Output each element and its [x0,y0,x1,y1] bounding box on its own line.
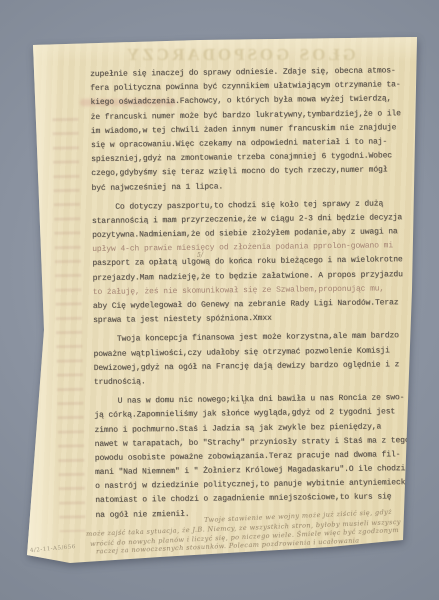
paragraph: Co dotyczy paszportu,to chodzi się koło … [92,197,414,329]
paragraph: Twoja koncepcja finansowa jest może korz… [93,329,414,390]
paragraph: zupełnie się inaczej do sprawy odniesie.… [90,64,412,196]
paragraph: U nas w domu nic nowego;kilka dni bawiła… [94,391,416,523]
scan-background: GŁOS GOSPODARCZY zupełnie się inaczej do… [0,0,439,600]
handwritten-insertion-mark: d [243,399,247,406]
typed-line: trudnością. [94,372,414,390]
typed-line: sprawa ta jest niestety spóźniona.Xmxx [93,310,413,328]
paper-shadow: GŁOS GOSPODARCZY zupełnie się inaczej do… [0,0,439,600]
typed-text: zupełnie się inaczej do sprawy odniesie.… [90,64,416,528]
handwritten-insertion-mark: 5/ [197,252,203,259]
bleedthrough-letterhead: GŁOS GOSPODARCZY [86,45,394,65]
letter-page: GŁOS GOSPODARCZY zupełnie się inaczej do… [0,0,439,600]
